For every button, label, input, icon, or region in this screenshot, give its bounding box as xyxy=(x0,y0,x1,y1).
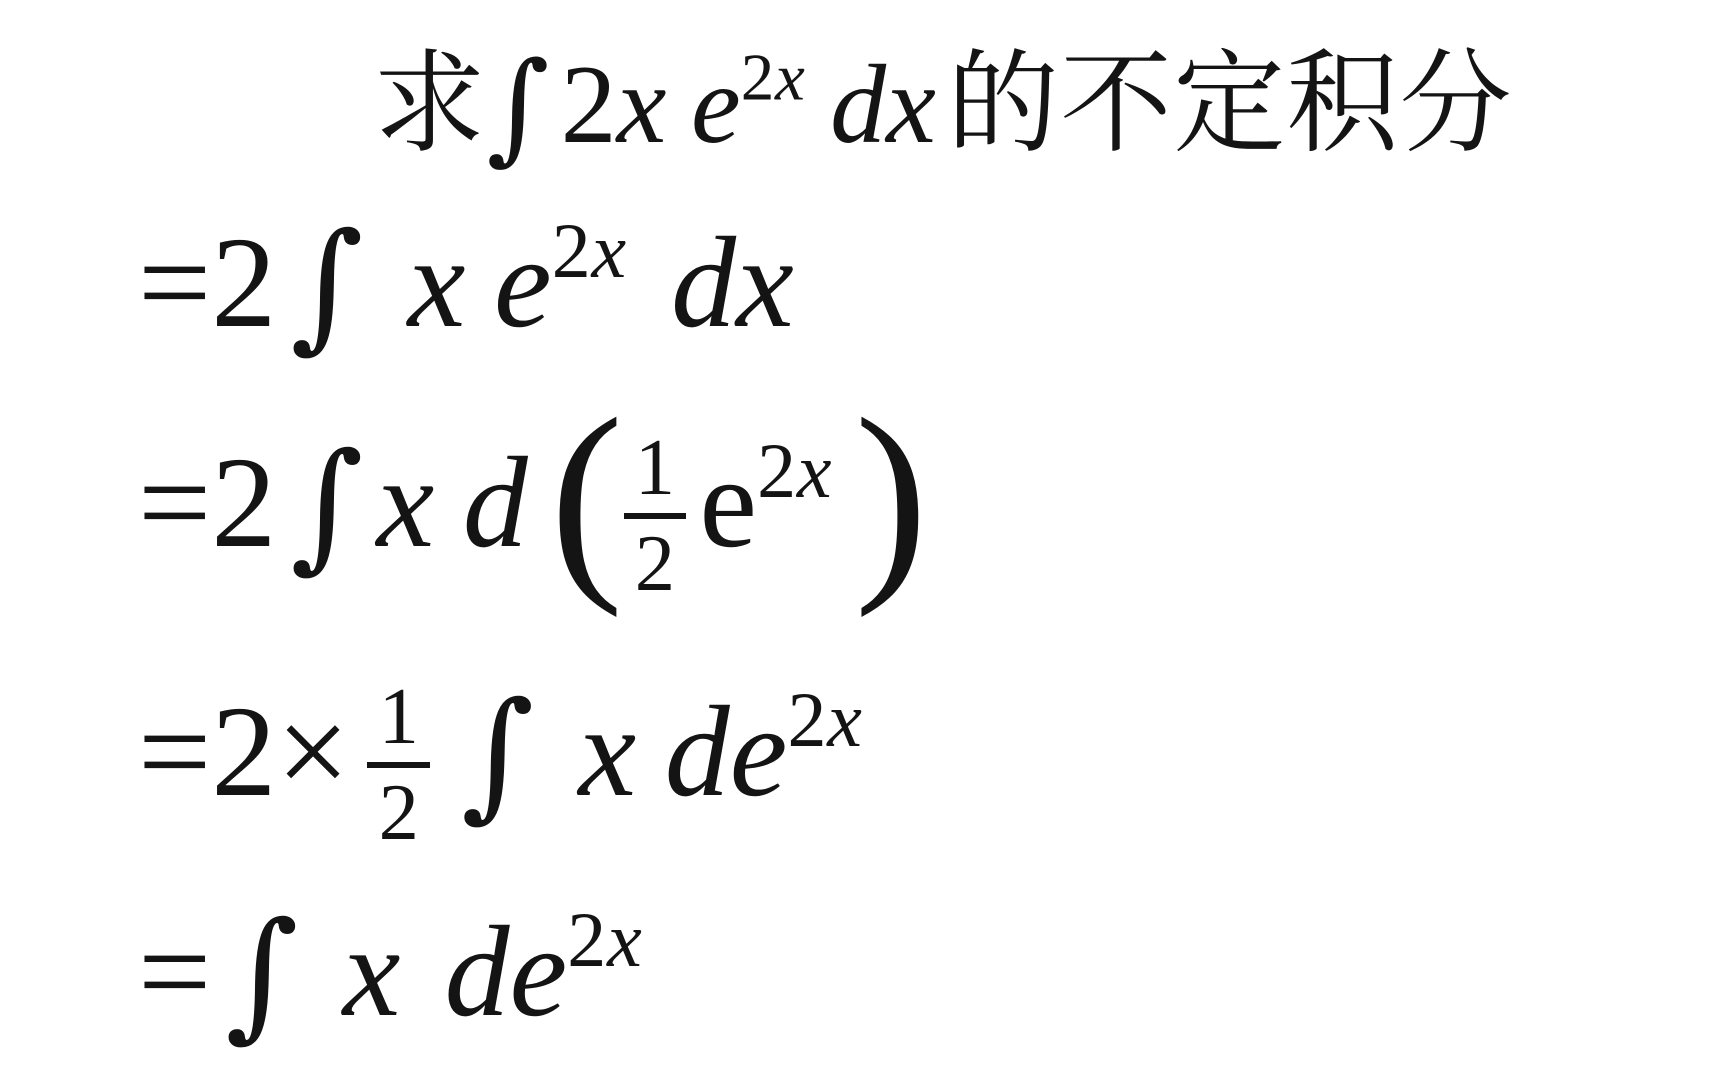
fraction-one-half: 12 xyxy=(367,675,430,855)
exponent-variable: x xyxy=(607,896,642,983)
title-content: 求∫2xe2xdx的不定积分 xyxy=(373,40,1512,170)
exponent: 2x xyxy=(787,676,862,763)
integral-sign: ∫ xyxy=(290,204,363,367)
open-paren: ( xyxy=(550,373,624,618)
equals-sign: = xyxy=(138,900,211,1044)
exponent: 2x xyxy=(741,40,806,115)
coefficient: 2 xyxy=(211,211,276,355)
title-suffix: 的不定积分 xyxy=(947,41,1513,166)
exponent-coefficient: 2 xyxy=(552,207,592,294)
exponent-coefficient: 2 xyxy=(567,896,607,983)
fraction-numerator: 1 xyxy=(624,426,687,519)
equals-sign: = xyxy=(138,680,211,824)
equation-step-3: =2×12∫xde2x xyxy=(138,687,863,819)
variable-x: x xyxy=(377,431,435,575)
times-sign: × xyxy=(276,680,349,824)
euler-e: e xyxy=(510,900,568,1044)
integral-sign: ∫ xyxy=(486,36,549,177)
exponent-coefficient: 2 xyxy=(787,676,827,763)
coefficient: 2 xyxy=(211,431,276,575)
title-prefix: 求 xyxy=(373,41,486,166)
exponent-coefficient: 2 xyxy=(757,427,797,514)
variable-x: x xyxy=(617,43,667,167)
exponent-variable: x xyxy=(775,40,806,115)
differential-d: d xyxy=(463,431,528,575)
equals-sign: = xyxy=(138,211,211,355)
differential-d: d xyxy=(665,680,730,824)
euler-e: e xyxy=(699,431,757,575)
euler-e: e xyxy=(494,211,552,355)
page-title: 求∫2xe2xdx的不定积分 xyxy=(0,40,1728,170)
differential-dx: dx xyxy=(830,43,936,167)
fraction-one-half: 12 xyxy=(624,426,687,606)
exponent-variable: x xyxy=(797,427,832,514)
exponent: 2x xyxy=(567,896,642,983)
equation-step-4: =∫xde2x xyxy=(138,907,642,1037)
close-paren: ) xyxy=(854,373,928,618)
integral-sign: ∫ xyxy=(290,424,363,587)
equation-step-2: =2∫xd(12e2x) xyxy=(138,438,928,570)
integral-sign: ∫ xyxy=(461,673,534,836)
integral-sign: ∫ xyxy=(225,893,298,1056)
exponent-coefficient: 2 xyxy=(741,40,775,115)
variable-x: x xyxy=(343,900,401,1044)
math-slide: 求∫2xe2xdx的不定积分 =2∫xe2xdx =2∫xd(12e2x) =2… xyxy=(0,0,1728,1080)
exponent: 2x xyxy=(552,207,627,294)
fraction-denominator: 2 xyxy=(367,768,430,855)
euler-e: e xyxy=(691,43,741,167)
equation-step-1: =2∫xe2xdx xyxy=(138,218,794,348)
coefficient: 2 xyxy=(211,680,276,824)
fraction-numerator: 1 xyxy=(367,675,430,768)
exponent: 2x xyxy=(757,427,832,514)
exponent-variable: x xyxy=(827,676,862,763)
differential-d: d xyxy=(445,900,510,1044)
differential-dx: dx xyxy=(671,211,794,355)
coefficient: 2 xyxy=(561,43,617,167)
variable-x: x xyxy=(578,680,636,824)
euler-e: e xyxy=(730,680,788,824)
variable-x: x xyxy=(408,211,466,355)
fraction-denominator: 2 xyxy=(624,519,687,606)
exponent-variable: x xyxy=(591,207,626,294)
equals-sign: = xyxy=(138,431,211,575)
